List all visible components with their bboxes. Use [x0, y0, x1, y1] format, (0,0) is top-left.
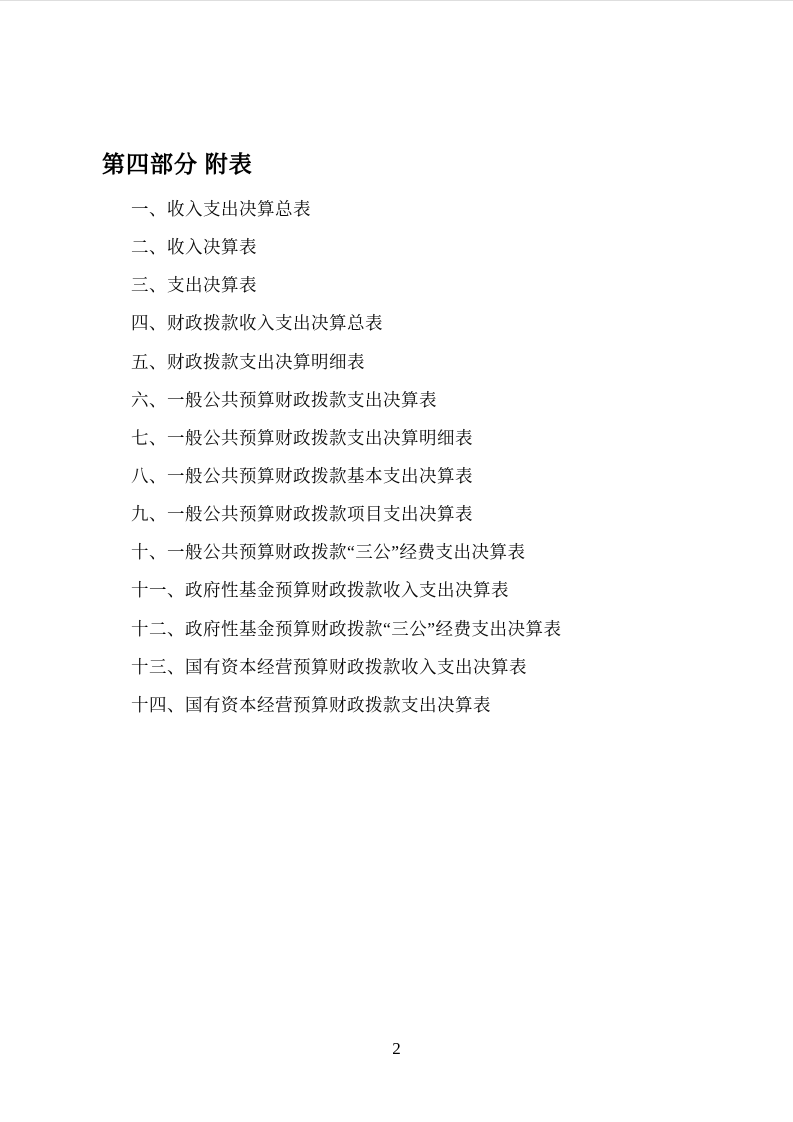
list-item-5: 五、财政拨款支出决算明细表 [131, 352, 691, 390]
section-title: 第四部分 附表 [102, 146, 253, 179]
list-item-7: 七、一般公共预算财政拨款支出决算明细表 [131, 428, 691, 466]
list-item-8: 八、一般公共预算财政拨款基本支出决算表 [131, 466, 691, 504]
list-item-14: 十四、国有资本经营预算财政拨款支出决算表 [131, 695, 691, 733]
list-item-1: 一、收入支出决算总表 [131, 199, 691, 237]
list-item-11: 十一、政府性基金预算财政拨款收入支出决算表 [131, 580, 691, 618]
list-item-13: 十三、国有资本经营预算财政拨款收入支出决算表 [131, 657, 691, 695]
list-item-3: 三、支出决算表 [131, 275, 691, 313]
appendix-table-list: 一、收入支出决算总表 二、收入决算表 三、支出决算表 四、财政拨款收入支出决算总… [131, 199, 691, 733]
page-number: 2 [0, 1040, 793, 1058]
list-item-6: 六、一般公共预算财政拨款支出决算表 [131, 390, 691, 428]
list-item-9: 九、一般公共预算财政拨款项目支出决算表 [131, 504, 691, 542]
document-page: 第四部分 附表 一、收入支出决算总表 二、收入决算表 三、支出决算表 四、财政拨… [0, 0, 793, 1122]
list-item-2: 二、收入决算表 [131, 237, 691, 275]
list-item-4: 四、财政拨款收入支出决算总表 [131, 313, 691, 351]
list-item-12: 十二、政府性基金预算财政拨款“三公”经费支出决算表 [131, 619, 691, 657]
page-top-border-line [0, 0, 793, 1]
list-item-10: 十、一般公共预算财政拨款“三公”经费支出决算表 [131, 542, 691, 580]
